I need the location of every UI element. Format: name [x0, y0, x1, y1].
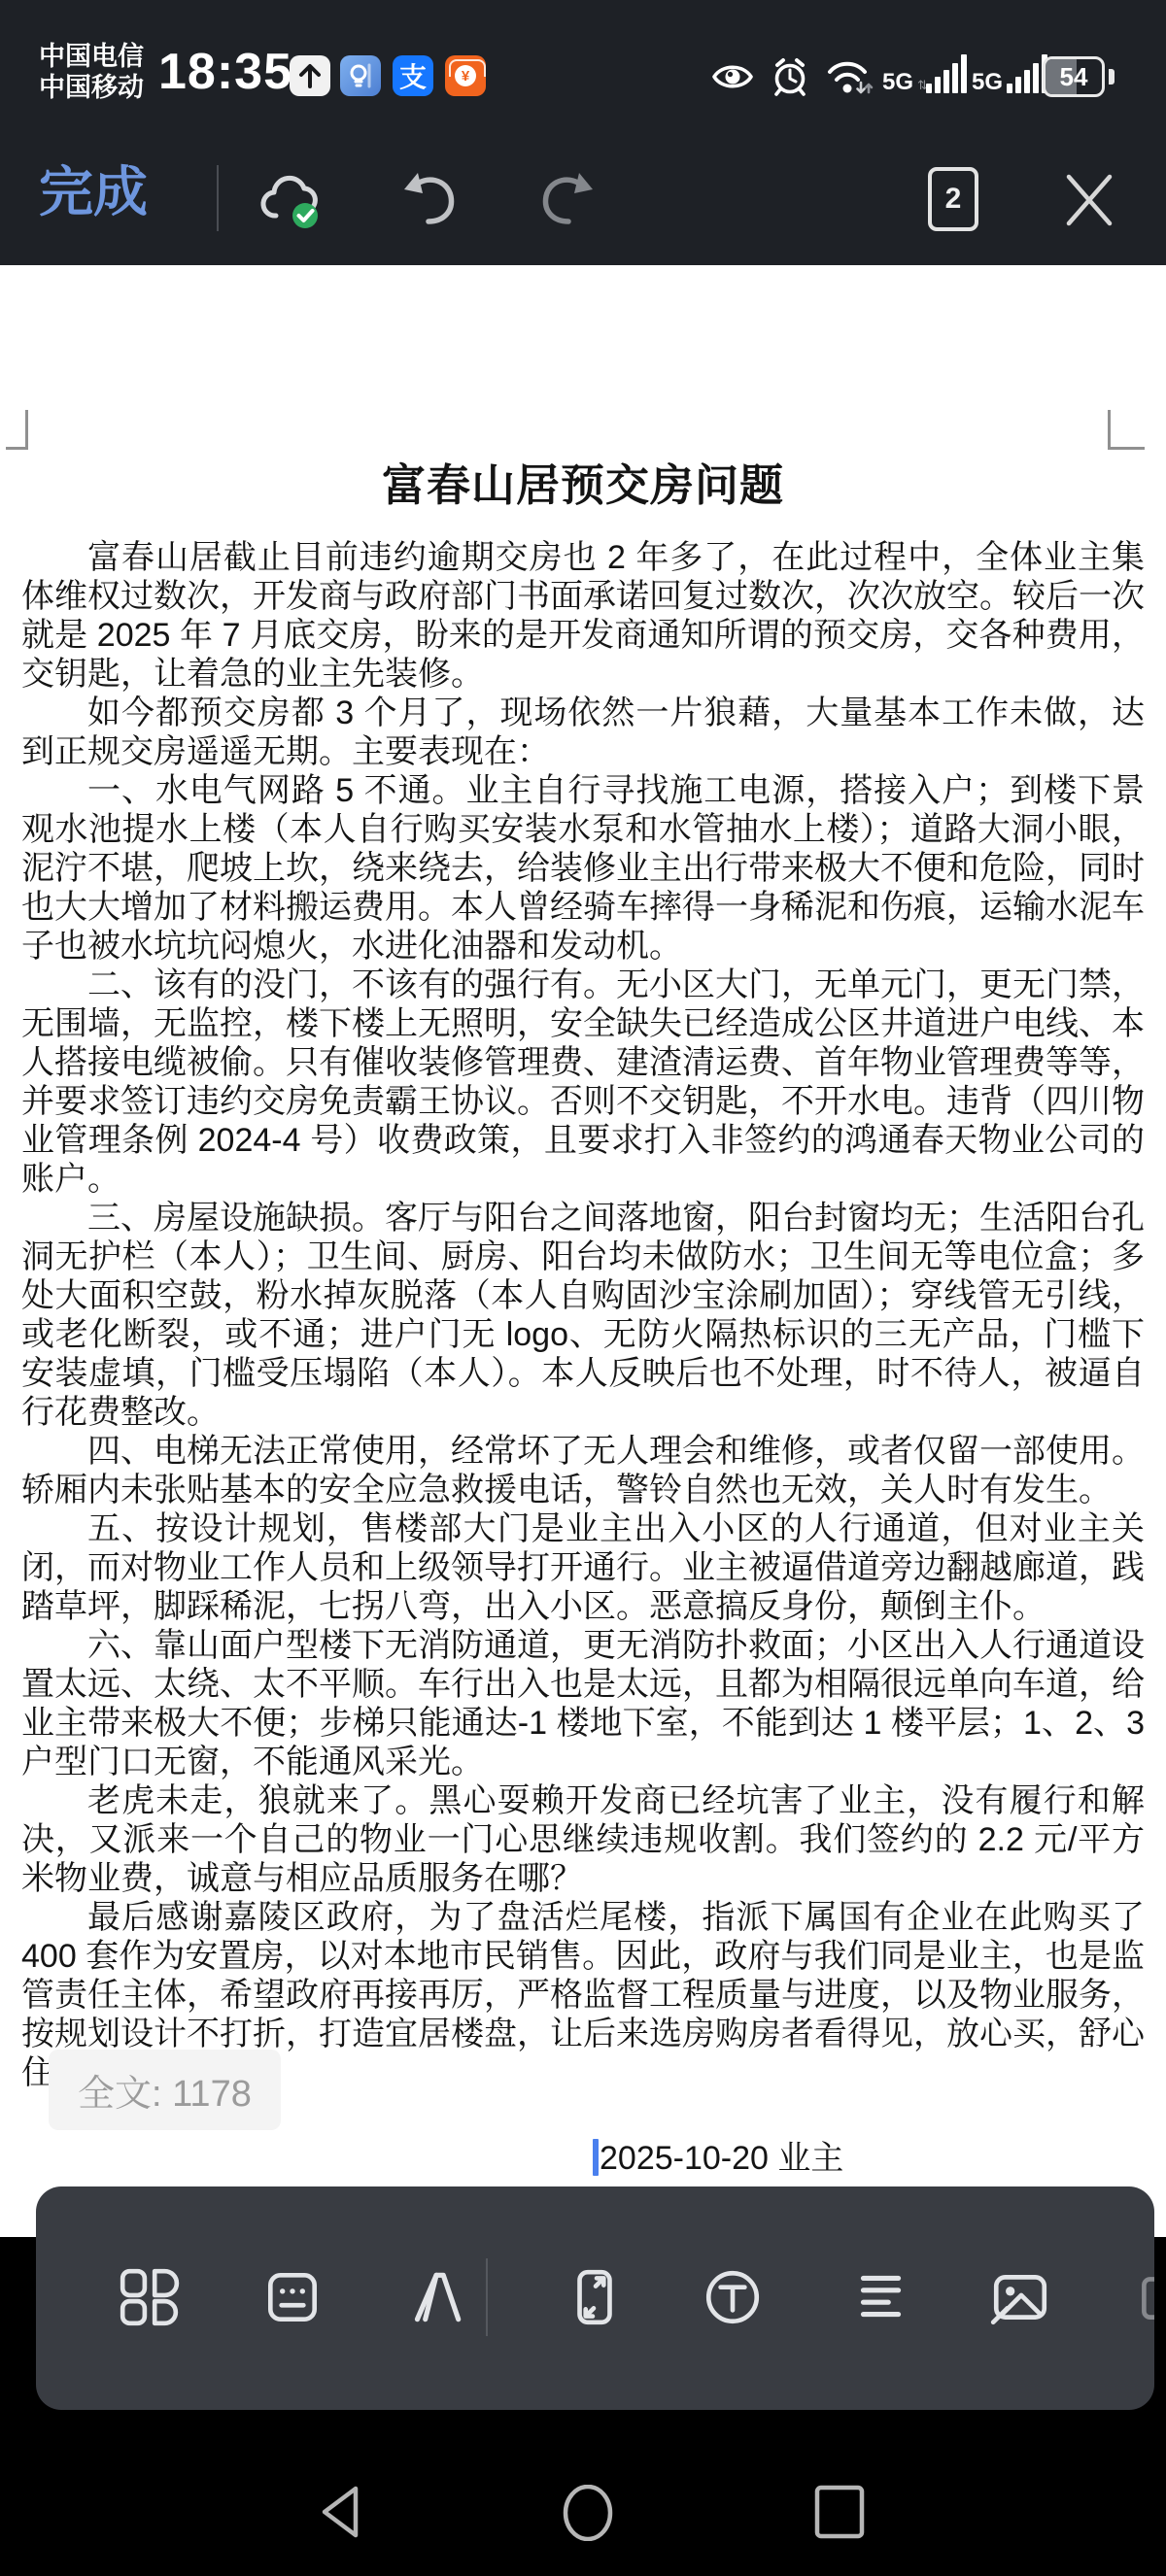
- page-margin-mark-right: [1108, 410, 1145, 450]
- alarm-clock-icon: [770, 56, 810, 97]
- carrier-line2: 中国移动: [39, 72, 144, 103]
- paragraph[interactable]: 五、按设计规划，售楼部大门是业主出入小区的人行通道，但对业主关闭，而对物业工作人…: [21, 1509, 1145, 1626]
- signature-text: 2025-10-20 业主: [600, 2140, 843, 2177]
- data-arrows-icon: ⇅: [917, 78, 926, 93]
- battery-percent: 54: [1046, 59, 1102, 94]
- word-count-badge: 全文: 1178: [49, 2050, 281, 2130]
- bulb-app-icon: [340, 55, 381, 96]
- network-badge-2: 5G: [972, 72, 1003, 93]
- signal-bars-1: [926, 51, 967, 93]
- close-icon[interactable]: [1061, 173, 1117, 227]
- eye-protection-icon: [711, 56, 754, 97]
- rotate-view-icon[interactable]: [1132, 2265, 1154, 2329]
- recents-icon[interactable]: [813, 2485, 866, 2539]
- status-time: 18:35: [158, 43, 292, 101]
- text-format-icon[interactable]: [701, 2265, 765, 2329]
- insert-image-icon[interactable]: [988, 2265, 1052, 2329]
- paragraph[interactable]: 富春山居截止目前违约逾期交房也 2 年多了，在此过程中，全体业主集体维权过数次，…: [21, 538, 1145, 694]
- alipay-glyph: 支: [399, 56, 427, 95]
- top-chrome: 中国电信 中国移动 18:35 支 ¥ 5G ⇅ 5G 54 完成: [0, 0, 1166, 265]
- pages-count: 2: [945, 183, 962, 216]
- fit-screen-icon[interactable]: [563, 2265, 627, 2329]
- font-style-icon[interactable]: [403, 2265, 467, 2329]
- carrier-line1: 中国电信: [39, 41, 144, 72]
- signal-5g-sim2: 5G: [972, 51, 1047, 93]
- android-nav-bar: [0, 2410, 1166, 2576]
- signal-5g-sim1: 5G ⇅: [882, 51, 967, 93]
- paragraph[interactable]: 六、靠山面户型楼下无消防通道，更无消防扑救面；小区出入人行通道设置太远、太绕、太…: [21, 1626, 1145, 1781]
- wifi-icon: [826, 56, 874, 97]
- battery-nub: [1109, 69, 1115, 85]
- signature-line[interactable]: 2025-10-20 业主: [593, 2131, 1145, 2179]
- pages-button[interactable]: 2: [928, 167, 978, 231]
- cloud-saved-icon[interactable]: [257, 171, 326, 231]
- home-icon[interactable]: [561, 2485, 615, 2541]
- undo-icon[interactable]: [400, 171, 461, 227]
- page-margin-mark-left: [6, 410, 28, 450]
- paragraph[interactable]: 四、电梯无法正常使用，经常坏了无人理会和维修，或者仅留一部使用。轿厢内未张贴基本…: [21, 1432, 1145, 1509]
- battery-indicator: 54: [1043, 56, 1105, 97]
- upload-arrow-app-icon: [290, 55, 330, 96]
- network-badge-1: 5G: [882, 72, 913, 93]
- redo-icon[interactable]: [536, 171, 597, 227]
- text-cursor: [593, 2139, 599, 2176]
- document-edit-area[interactable]: 富春山居预交房问题 富春山居截止目前违约逾期交房也 2 年多了，在此过程中，全体…: [0, 265, 1166, 2237]
- paragraph[interactable]: 二、该有的没门，不该有的强行有。无小区大门，无单元门，更无门禁，无围墙，无监控，…: [21, 966, 1145, 1199]
- toolbar-divider: [217, 165, 219, 231]
- paragraph[interactable]: 老虎未走，狼就来了。黑心耍赖开发商已经坑害了业主，没有履行和解决，又派来一个自己…: [21, 1781, 1145, 1898]
- paragraph-align-icon[interactable]: [848, 2265, 912, 2329]
- widgets-tools-icon[interactable]: [117, 2265, 181, 2329]
- paragraph[interactable]: 一、水电气网路 5 不通。业主自行寻找施工电源，搭接入户；到楼下景观水池提水上楼…: [21, 771, 1145, 966]
- alipay-app-icon: 支: [393, 55, 433, 96]
- document-title[interactable]: 富春山居预交房问题: [21, 450, 1145, 513]
- paragraph[interactable]: 如今都预交房都 3 个月了，现场依然一片狼藉，大量基本工作未做，达到正规交房遥遥…: [21, 694, 1145, 771]
- paragraph[interactable]: 三、房屋设施缺损。客厅与阳台之间落地窗，阳台封窗均无；生活阳台孔洞无护栏（本人）…: [21, 1199, 1145, 1432]
- back-icon[interactable]: [317, 2485, 363, 2539]
- envelope-coin: ¥: [455, 65, 476, 86]
- toolbar-group-divider: [486, 2258, 488, 2336]
- done-button[interactable]: 完成: [39, 161, 148, 223]
- bottom-toolbar: [36, 2186, 1154, 2410]
- carrier-labels: 中国电信 中国移动: [39, 41, 144, 103]
- red-envelope-app-icon: ¥: [445, 55, 486, 96]
- signal-bars-2: [1007, 51, 1047, 93]
- keyboard-icon[interactable]: [260, 2265, 325, 2329]
